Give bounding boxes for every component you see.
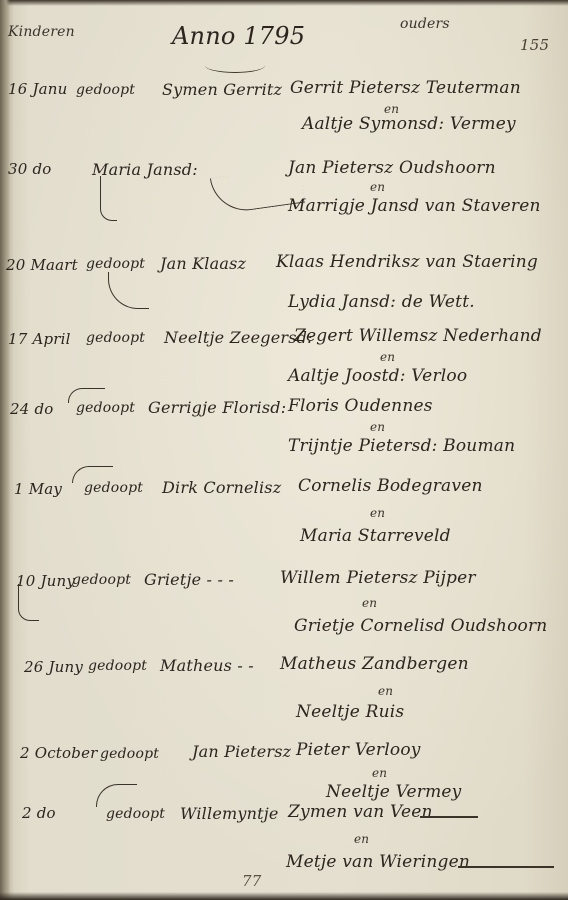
entry-child-name: Gerrigje Florisd: [148,398,286,417]
folio-mark: 77 [242,872,262,890]
entry-conjunction: en [378,684,393,698]
entry-child-name: Neeltje Zeegersd: [164,328,313,347]
entry-father-name: Floris Oudennes [288,396,433,416]
entry-mother-name: Grietje Cornelisd Oudshoorn [294,616,547,636]
entry-child-name: Symen Gerritz [162,80,282,99]
entry-father-name: Willem Pietersz Pijper [280,568,476,588]
entry-father-name: Gerrit Pietersz Teuterman [290,78,521,98]
entry-child-name: Dirk Cornelisz [162,478,281,497]
entry-mother-name: Trijntje Pietersd: Bouman [288,436,515,456]
entry-action: gedoopt [84,480,143,496]
letter-flourish [108,272,149,309]
entry-father-name: Cornelis Bodegraven [298,476,483,496]
entry-mother-name: Maria Starreveld [300,526,451,546]
line-filler [458,866,554,868]
entry-father-name: Pieter Verlooy [296,740,421,760]
book-spine-shadow [0,0,10,900]
entry-date: 2 October [20,744,98,762]
entry-action: gedoopt [100,746,159,762]
title-flourish [205,58,265,73]
entry-date: 26 Juny [24,658,83,676]
entry-mother-name: Marrigje Jansd van Staveren [288,196,541,216]
entry-father-name: Klaas Hendriksz van Staering [276,252,538,272]
entry-father-name: Jan Pietersz Oudshoorn [288,158,496,178]
entry-conjunction: en [380,350,395,364]
letter-flourish [100,176,117,221]
column-header-children: Kinderen [8,24,75,40]
entry-mother-name: Neeltje Ruis [296,702,404,722]
entry-action: gedoopt [86,256,145,272]
entry-mother-name: Lydia Jansd: de Wett. [288,292,475,312]
entry-action: gedoopt [76,82,135,98]
entry-conjunction: en [354,832,369,846]
entry-date: 1 May [14,480,62,498]
entry-conjunction: en [370,180,385,194]
entry-child-name: Jan Klaasz [160,254,246,273]
entry-child-name: Willemyntje [180,804,279,823]
entry-action: gedoopt [88,658,147,674]
entry-date: 30 do [8,160,52,178]
page-title-year: Anno 1795 [172,22,305,50]
entry-action: gedoopt [86,330,145,346]
entry-action: gedoopt [106,806,165,822]
entry-conjunction: en [362,596,377,610]
entry-child-name: Matheus - - [160,656,254,675]
letter-flourish [96,784,137,807]
line-filler [420,816,478,818]
entry-child-name: Maria Jansd: [92,160,198,179]
entry-date: 20 Maart [6,256,78,274]
page-number: 155 [520,36,549,54]
entry-date: 24 do [10,400,54,418]
register-page: Kinderen Anno 1795 ouders 155 16 Janu ge… [0,0,568,900]
entry-conjunction: en [372,766,387,780]
entry-action: gedoopt [72,572,131,588]
entry-mother-name: Aaltje Symonsd: Vermey [302,114,516,134]
entry-child-name: Grietje - - - [144,570,234,589]
entry-date: 17 April [8,330,71,348]
entry-mother-name: Metje van Wieringen [286,852,470,872]
entry-date: 2 do [22,804,56,822]
entry-father-name: Matheus Zandbergen [280,654,469,674]
column-header-parents: ouders [400,16,450,32]
entry-date: 10 Juny [16,572,75,590]
entry-date: 16 Janu [8,80,68,98]
entry-action: gedoopt [76,400,135,416]
entry-mother-name: Neeltje Vermey [326,782,462,802]
entry-conjunction: en [370,506,385,520]
entry-father-name: Zymen van Veen [288,802,433,822]
entry-conjunction: en [370,420,385,434]
entry-father-name: Zegert Willemsz Nederhand [294,326,542,346]
entry-child-name: Jan Pietersz [192,742,291,761]
entry-mother-name: Aaltje Joostd: Verloo [288,366,467,386]
